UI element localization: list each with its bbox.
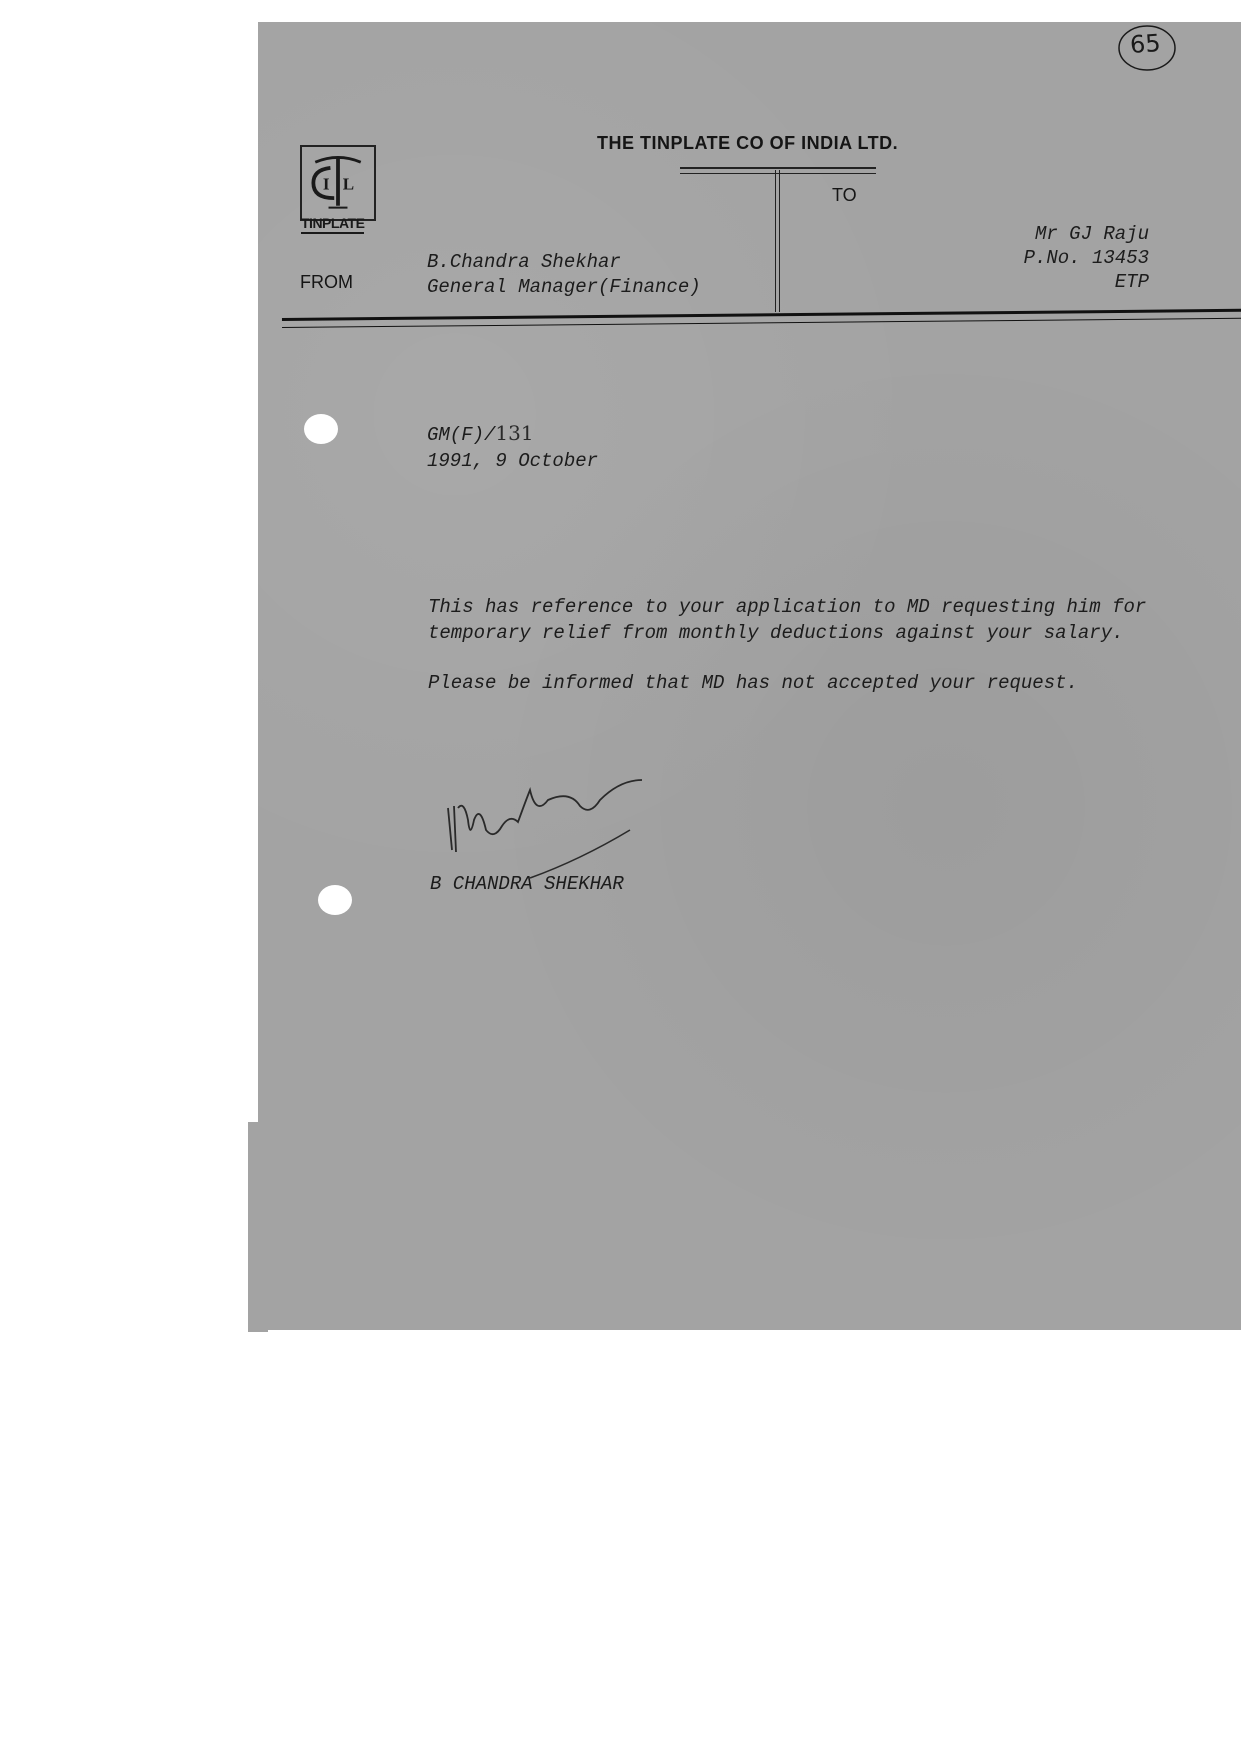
handwritten-signature-icon <box>440 760 660 880</box>
page-number: 65 <box>1129 29 1161 59</box>
recipient-department: ETP <box>1024 270 1149 294</box>
svg-text:L: L <box>343 175 354 194</box>
sender-block: B.Chandra Shekhar General Manager(Financ… <box>427 250 701 300</box>
letter-body: This has reference to your application t… <box>428 594 1148 720</box>
recipient-personnel-number: P.No. 13453 <box>1024 246 1149 270</box>
from-to-divider <box>775 170 780 312</box>
body-paragraph: Please be informed that MD has not accep… <box>428 670 1148 696</box>
logo-wordmark: TINPLATE <box>301 215 364 234</box>
recipient-name: Mr GJ Raju <box>1024 222 1149 246</box>
letter-date: 1991, 9 October <box>427 448 598 474</box>
signatory-name: B CHANDRA SHEKHAR <box>430 873 624 895</box>
company-name: THE TINPLATE CO OF INDIA LTD. <box>597 133 898 154</box>
to-label: TO <box>832 185 857 206</box>
company-logo: I L <box>300 145 376 221</box>
punch-hole-top <box>304 414 338 444</box>
sender-title: General Manager(Finance) <box>427 275 701 300</box>
recipient-block: Mr GJ Raju P.No. 13453 ETP <box>1024 222 1149 294</box>
reference-prefix: GM(F)/ <box>427 424 495 446</box>
reference-block: GM(F)/131 1991, 9 October <box>427 420 598 474</box>
sender-name: B.Chandra Shekhar <box>427 250 701 275</box>
punch-hole-bottom <box>318 885 352 915</box>
body-paragraph: This has reference to your application t… <box>428 594 1148 646</box>
svg-text:I: I <box>323 175 330 194</box>
reference-handwritten-number: 131 <box>495 421 533 445</box>
tcil-monogram-icon: I L <box>302 147 374 219</box>
from-label: FROM <box>300 272 353 293</box>
reference-number: GM(F)/131 <box>427 420 598 448</box>
torn-edge <box>248 1122 268 1332</box>
